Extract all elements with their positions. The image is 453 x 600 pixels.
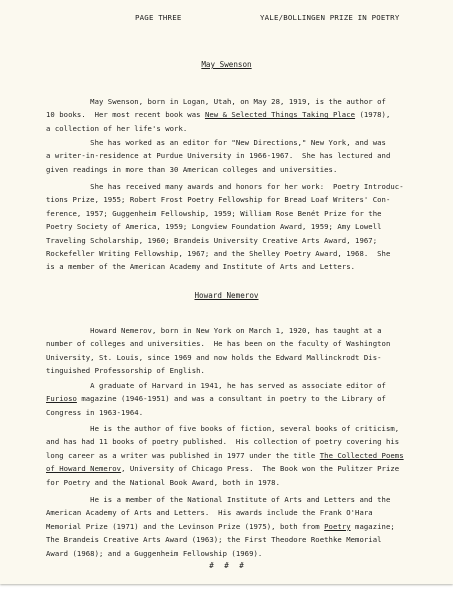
text-segment: tinguished Professorship of English. [46, 366, 205, 375]
text-line: Memorial Prize (1971) and the Levinson P… [46, 520, 426, 533]
paragraph: She has worked as an editor for "New Dir… [46, 136, 426, 176]
text-line: Howard Nemerov, born in New York on Marc… [46, 324, 426, 337]
document-page: PAGE THREE YALE/BOLLINGEN PRIZE IN POETR… [0, 0, 453, 584]
text-line: for Poetry and the National Book Award, … [46, 476, 426, 489]
text-line: Traveling Scholarship, 1960; Brandeis Un… [46, 234, 426, 247]
paragraph: She has received many awards and honors … [46, 180, 426, 274]
text-segment: University, St. Louis, since 1969 and no… [46, 353, 382, 362]
section-title-howard-nemerov: Howard Nemerov [0, 291, 453, 300]
paragraph: Howard Nemerov, born in New York on Marc… [46, 324, 426, 378]
text-segment: Howard Nemerov, born in New York on Marc… [46, 326, 382, 335]
underlined-title: New & Selected Things Taking Place [205, 110, 355, 119]
text-segment: (1978), [355, 110, 390, 119]
text-segment: number of colleges and universities. He … [46, 339, 390, 348]
text-line: He is a member of the National Institute… [46, 493, 426, 506]
text-segment: The Brandeis Creative Arts Award (1963);… [46, 535, 382, 544]
text-segment: Congress in 1963-1964. [46, 408, 143, 417]
text-line: is a member of the American Academy and … [46, 260, 426, 273]
underlined-title: Furioso [46, 394, 77, 403]
text-line: American Academy of Arts and Letters. Hi… [46, 506, 426, 519]
text-line: 10 books. Her most recent book was New &… [46, 108, 426, 121]
text-segment: Rockefeller Writing Fellowship, 1967; an… [46, 249, 390, 258]
text-line: given readings in more than 30 American … [46, 163, 426, 176]
text-line: May Swenson, born in Logan, Utah, on May… [46, 95, 426, 108]
text-line: Congress in 1963-1964. [46, 406, 426, 419]
underlined-title: Poetry [324, 522, 351, 531]
text-segment: A graduate of Harvard in 1941, he has se… [46, 381, 386, 390]
document-title: YALE/BOLLINGEN PRIZE IN POETRY [260, 13, 400, 22]
underlined-title: The Collected Poems [320, 451, 404, 460]
text-segment: Traveling Scholarship, 1960; Brandeis Un… [46, 236, 377, 245]
text-line: ference, 1957; Guggenheim Fellowship, 19… [46, 207, 426, 220]
paragraph: A graduate of Harvard in 1941, he has se… [46, 379, 426, 419]
text-segment: Poetry Society of America, 1959; Longvie… [46, 222, 382, 231]
text-line: a writer-in-residence at Purdue Universi… [46, 149, 426, 162]
text-segment: given readings in more than 30 American … [46, 165, 337, 174]
section-title-may-swenson: May Swenson [0, 60, 453, 69]
text-segment: Memorial Prize (1971) and the Levinson P… [46, 522, 324, 531]
text-segment: long career as a writer was published in… [46, 451, 320, 460]
text-segment: , University of Chicago Press. The Book … [121, 464, 399, 473]
text-segment: a writer-in-residence at Purdue Universi… [46, 151, 390, 160]
text-segment: and has had 11 books of poetry published… [46, 437, 399, 446]
text-segment: 10 books. Her most recent book was [46, 110, 205, 119]
text-segment: May Swenson, born in Logan, Utah, on May… [46, 97, 386, 106]
text-line: tinguished Professorship of English. [46, 364, 426, 377]
end-mark: # # # [0, 561, 453, 570]
text-segment: He is the author of five books of fictio… [46, 424, 399, 433]
paragraph: May Swenson, born in Logan, Utah, on May… [46, 95, 426, 135]
text-line: Rockefeller Writing Fellowship, 1967; an… [46, 247, 426, 260]
text-segment: She has received many awards and honors … [46, 182, 404, 191]
paragraph: He is the author of five books of fictio… [46, 422, 426, 489]
text-line: and has had 11 books of poetry published… [46, 435, 426, 448]
text-segment: magazine; [351, 522, 395, 531]
text-line: Poetry Society of America, 1959; Longvie… [46, 220, 426, 233]
text-line: She has worked as an editor for "New Dir… [46, 136, 426, 149]
text-segment: Award (1968); and a Guggenheim Fellowshi… [46, 549, 262, 558]
text-segment: ference, 1957; Guggenheim Fellowship, 19… [46, 209, 382, 218]
page-label: PAGE THREE [135, 13, 182, 22]
text-segment: She has worked as an editor for "New Dir… [46, 138, 386, 147]
text-line: University, St. Louis, since 1969 and no… [46, 351, 426, 364]
text-segment: He is a member of the National Institute… [46, 495, 390, 504]
text-line: long career as a writer was published in… [46, 449, 426, 462]
text-line: a collection of her life's work. [46, 122, 426, 135]
text-segment: tions Prize, 1955; Robert Frost Poetry F… [46, 195, 390, 204]
text-segment: for Poetry and the National Book Award, … [46, 478, 280, 487]
text-line: A graduate of Harvard in 1941, he has se… [46, 379, 426, 392]
text-segment: magazine (1946-1951) and was a consultan… [77, 394, 386, 403]
text-line: Award (1968); and a Guggenheim Fellowshi… [46, 547, 426, 560]
text-segment: American Academy of Arts and Letters. Hi… [46, 508, 373, 517]
text-line: of Howard Nemerov, University of Chicago… [46, 462, 426, 475]
text-segment: a collection of her life's work. [46, 124, 187, 133]
text-line: The Brandeis Creative Arts Award (1963);… [46, 533, 426, 546]
text-line: tions Prize, 1955; Robert Frost Poetry F… [46, 193, 426, 206]
text-line: He is the author of five books of fictio… [46, 422, 426, 435]
text-line: She has received many awards and honors … [46, 180, 426, 193]
underlined-title: of Howard Nemerov [46, 464, 121, 473]
text-line: number of colleges and universities. He … [46, 337, 426, 350]
text-line: Furioso magazine (1946-1951) and was a c… [46, 392, 426, 405]
paragraph: He is a member of the National Institute… [46, 493, 426, 560]
text-segment: is a member of the American Academy and … [46, 262, 355, 271]
